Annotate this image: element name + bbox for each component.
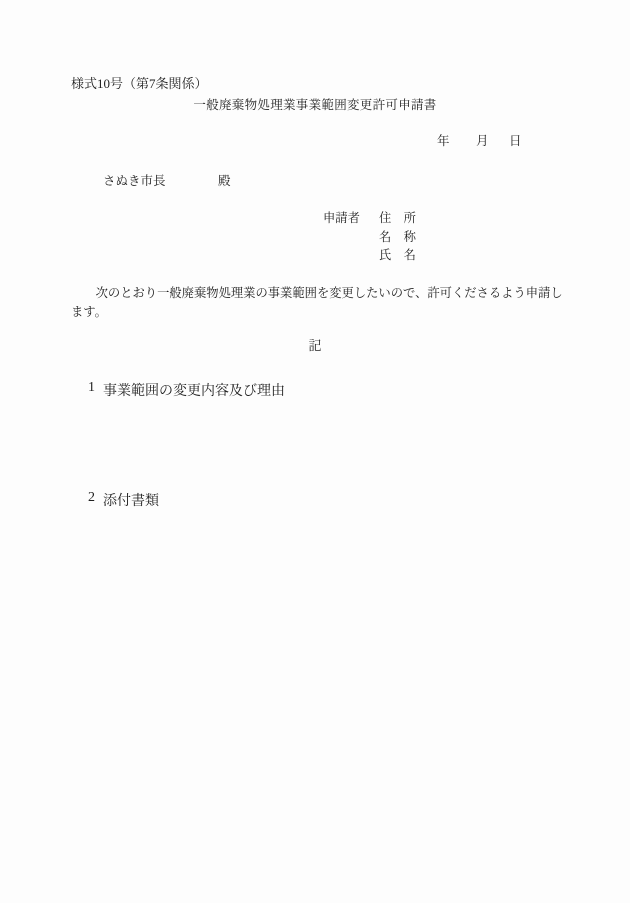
date-year-label: 年 <box>437 134 450 150</box>
addressee-honorific: 殿 <box>218 174 231 190</box>
applicant-person-name-label: 氏 名 <box>379 248 416 263</box>
applicant-label: 申請者 <box>323 211 360 226</box>
applicant-address-label: 住 所 <box>379 211 416 226</box>
form-number: 様式10号（第7条関係） <box>71 76 208 92</box>
date-month-label: 月 <box>476 134 489 150</box>
application-statement: 次のとおり一般廃棄物処理業の事業範囲を変更したいので、許可くださるよう申請し ま… <box>71 284 571 321</box>
item-2-number: 2 <box>88 490 95 506</box>
item-1-label: 事業範囲の変更内容及び理由 <box>103 380 285 400</box>
addressee-name: さぬき市長 <box>103 174 166 190</box>
item-2-label: 添付書類 <box>103 490 159 510</box>
section-marker: 記 <box>0 338 630 354</box>
document-page: 様式10号（第7条関係） 一般廃棄物処理業事業範囲変更許可申請書 年 月 日 さ… <box>0 0 630 903</box>
document-title: 一般廃棄物処理業事業範囲変更許可申請書 <box>0 98 630 114</box>
item-1-number: 1 <box>88 380 95 396</box>
applicant-company-name-label: 名 称 <box>379 230 416 245</box>
date-day-label: 日 <box>509 134 522 150</box>
